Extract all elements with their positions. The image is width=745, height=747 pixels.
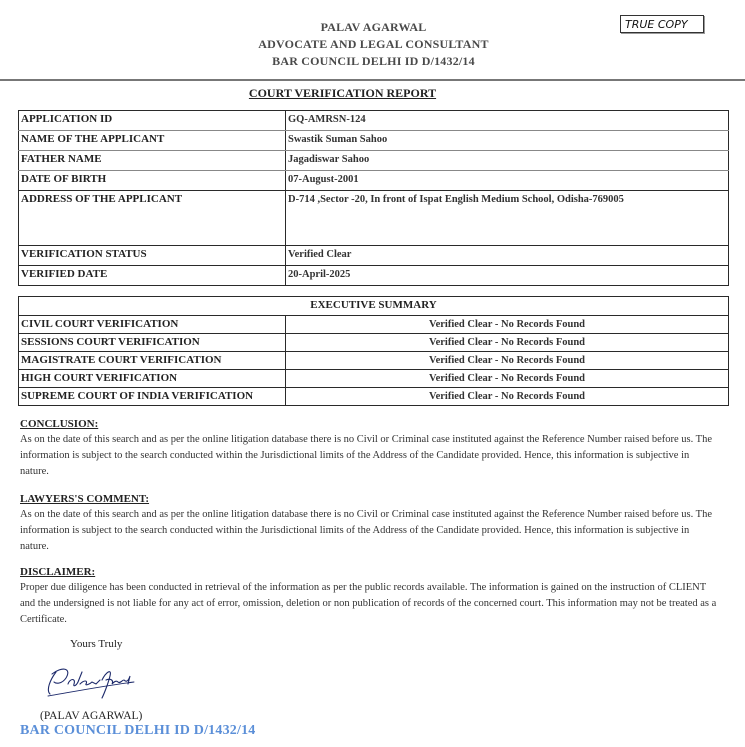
header-divider bbox=[0, 79, 745, 81]
table-row: FATHER NAME Jagadiswar Sahoo bbox=[19, 151, 729, 171]
field-label: FATHER NAME bbox=[19, 151, 286, 171]
court-label: HIGH COURT VERIFICATION bbox=[19, 370, 286, 388]
address-value: D-714 ,Sector -20, In front of Ispat Eng… bbox=[286, 191, 729, 246]
table-row: VERIFICATION STATUS Verified Clear bbox=[19, 246, 729, 266]
conclusion-text: As on the date of this search and as per… bbox=[20, 432, 720, 480]
disclaimer-text: Proper due diligence has been conducted … bbox=[20, 580, 720, 628]
table-row: SUPREME COURT OF INDIA VERIFICATION Veri… bbox=[19, 388, 729, 406]
signatory-name: (PALAV AGARWAL) bbox=[40, 710, 142, 722]
signature-icon bbox=[42, 658, 142, 702]
court-result: Verified Clear - No Records Found bbox=[286, 316, 729, 334]
signatory-bar-id: BAR COUNCIL DELHI ID D/1432/14 bbox=[20, 723, 255, 739]
table-header-row: EXECUTIVE SUMMARY bbox=[19, 297, 729, 316]
table-row: VERIFIED DATE 20-April-2025 bbox=[19, 266, 729, 286]
father-name-value: Jagadiswar Sahoo bbox=[286, 151, 729, 171]
field-label: VERIFIED DATE bbox=[19, 266, 286, 286]
field-label: DATE OF BIRTH bbox=[19, 171, 286, 191]
field-label: VERIFICATION STATUS bbox=[19, 246, 286, 266]
court-result: Verified Clear - No Records Found bbox=[286, 334, 729, 352]
table-row: NAME OF THE APPLICANT Swastik Suman Saho… bbox=[19, 131, 729, 151]
court-label: SESSIONS COURT VERIFICATION bbox=[19, 334, 286, 352]
table-row: MAGISTRATE COURT VERIFICATION Verified C… bbox=[19, 352, 729, 370]
executive-summary-title: EXECUTIVE SUMMARY bbox=[19, 297, 729, 316]
verified-date-value: 20-April-2025 bbox=[286, 266, 729, 286]
table-row: ADDRESS OF THE APPLICANT D-714 ,Sector -… bbox=[19, 191, 729, 246]
court-result: Verified Clear - No Records Found bbox=[286, 352, 729, 370]
field-label: ADDRESS OF THE APPLICANT bbox=[19, 191, 286, 246]
court-label: MAGISTRATE COURT VERIFICATION bbox=[19, 352, 286, 370]
field-label: APPLICATION ID bbox=[19, 111, 286, 131]
lawyers-comment-heading: LAWYERS'S COMMENT: bbox=[20, 492, 720, 507]
applicant-name-value: Swastik Suman Sahoo bbox=[286, 131, 729, 151]
date-of-birth-value: 07-August-2001 bbox=[286, 171, 729, 191]
verification-status-value: Verified Clear bbox=[286, 246, 729, 266]
advocate-bar-id: BAR COUNCIL DELHI ID D/1432/14 bbox=[0, 53, 745, 70]
disclaimer-section: DISCLAIMER: Proper due diligence has bee… bbox=[20, 565, 720, 628]
application-id-value: GQ-AMRSN-124 bbox=[286, 111, 729, 131]
report-title: COURT VERIFICATION REPORT bbox=[0, 86, 685, 101]
court-result: Verified Clear - No Records Found bbox=[286, 388, 729, 406]
table-row: SESSIONS COURT VERIFICATION Verified Cle… bbox=[19, 334, 729, 352]
executive-summary-table: EXECUTIVE SUMMARY CIVIL COURT VERIFICATI… bbox=[18, 296, 729, 406]
table-row: HIGH COURT VERIFICATION Verified Clear -… bbox=[19, 370, 729, 388]
closing-salutation: Yours Truly bbox=[70, 638, 122, 650]
conclusion-heading: CONCLUSION: bbox=[20, 417, 720, 432]
table-row: CIVIL COURT VERIFICATION Verified Clear … bbox=[19, 316, 729, 334]
court-label: CIVIL COURT VERIFICATION bbox=[19, 316, 286, 334]
lawyers-comment-section: LAWYERS'S COMMENT: As on the date of thi… bbox=[20, 492, 720, 555]
advocate-title: ADVOCATE AND LEGAL CONSULTANT bbox=[0, 36, 745, 53]
disclaimer-heading: DISCLAIMER: bbox=[20, 565, 720, 580]
court-label: SUPREME COURT OF INDIA VERIFICATION bbox=[19, 388, 286, 406]
true-copy-stamp: TRUE COPY bbox=[620, 15, 704, 33]
conclusion-section: CONCLUSION: As on the date of this searc… bbox=[20, 417, 720, 480]
lawyers-comment-text: As on the date of this search and as per… bbox=[20, 507, 720, 555]
applicant-details-table: APPLICATION ID GQ-AMRSN-124 NAME OF THE … bbox=[18, 110, 729, 286]
table-row: DATE OF BIRTH 07-August-2001 bbox=[19, 171, 729, 191]
field-label: NAME OF THE APPLICANT bbox=[19, 131, 286, 151]
court-result: Verified Clear - No Records Found bbox=[286, 370, 729, 388]
table-row: APPLICATION ID GQ-AMRSN-124 bbox=[19, 111, 729, 131]
